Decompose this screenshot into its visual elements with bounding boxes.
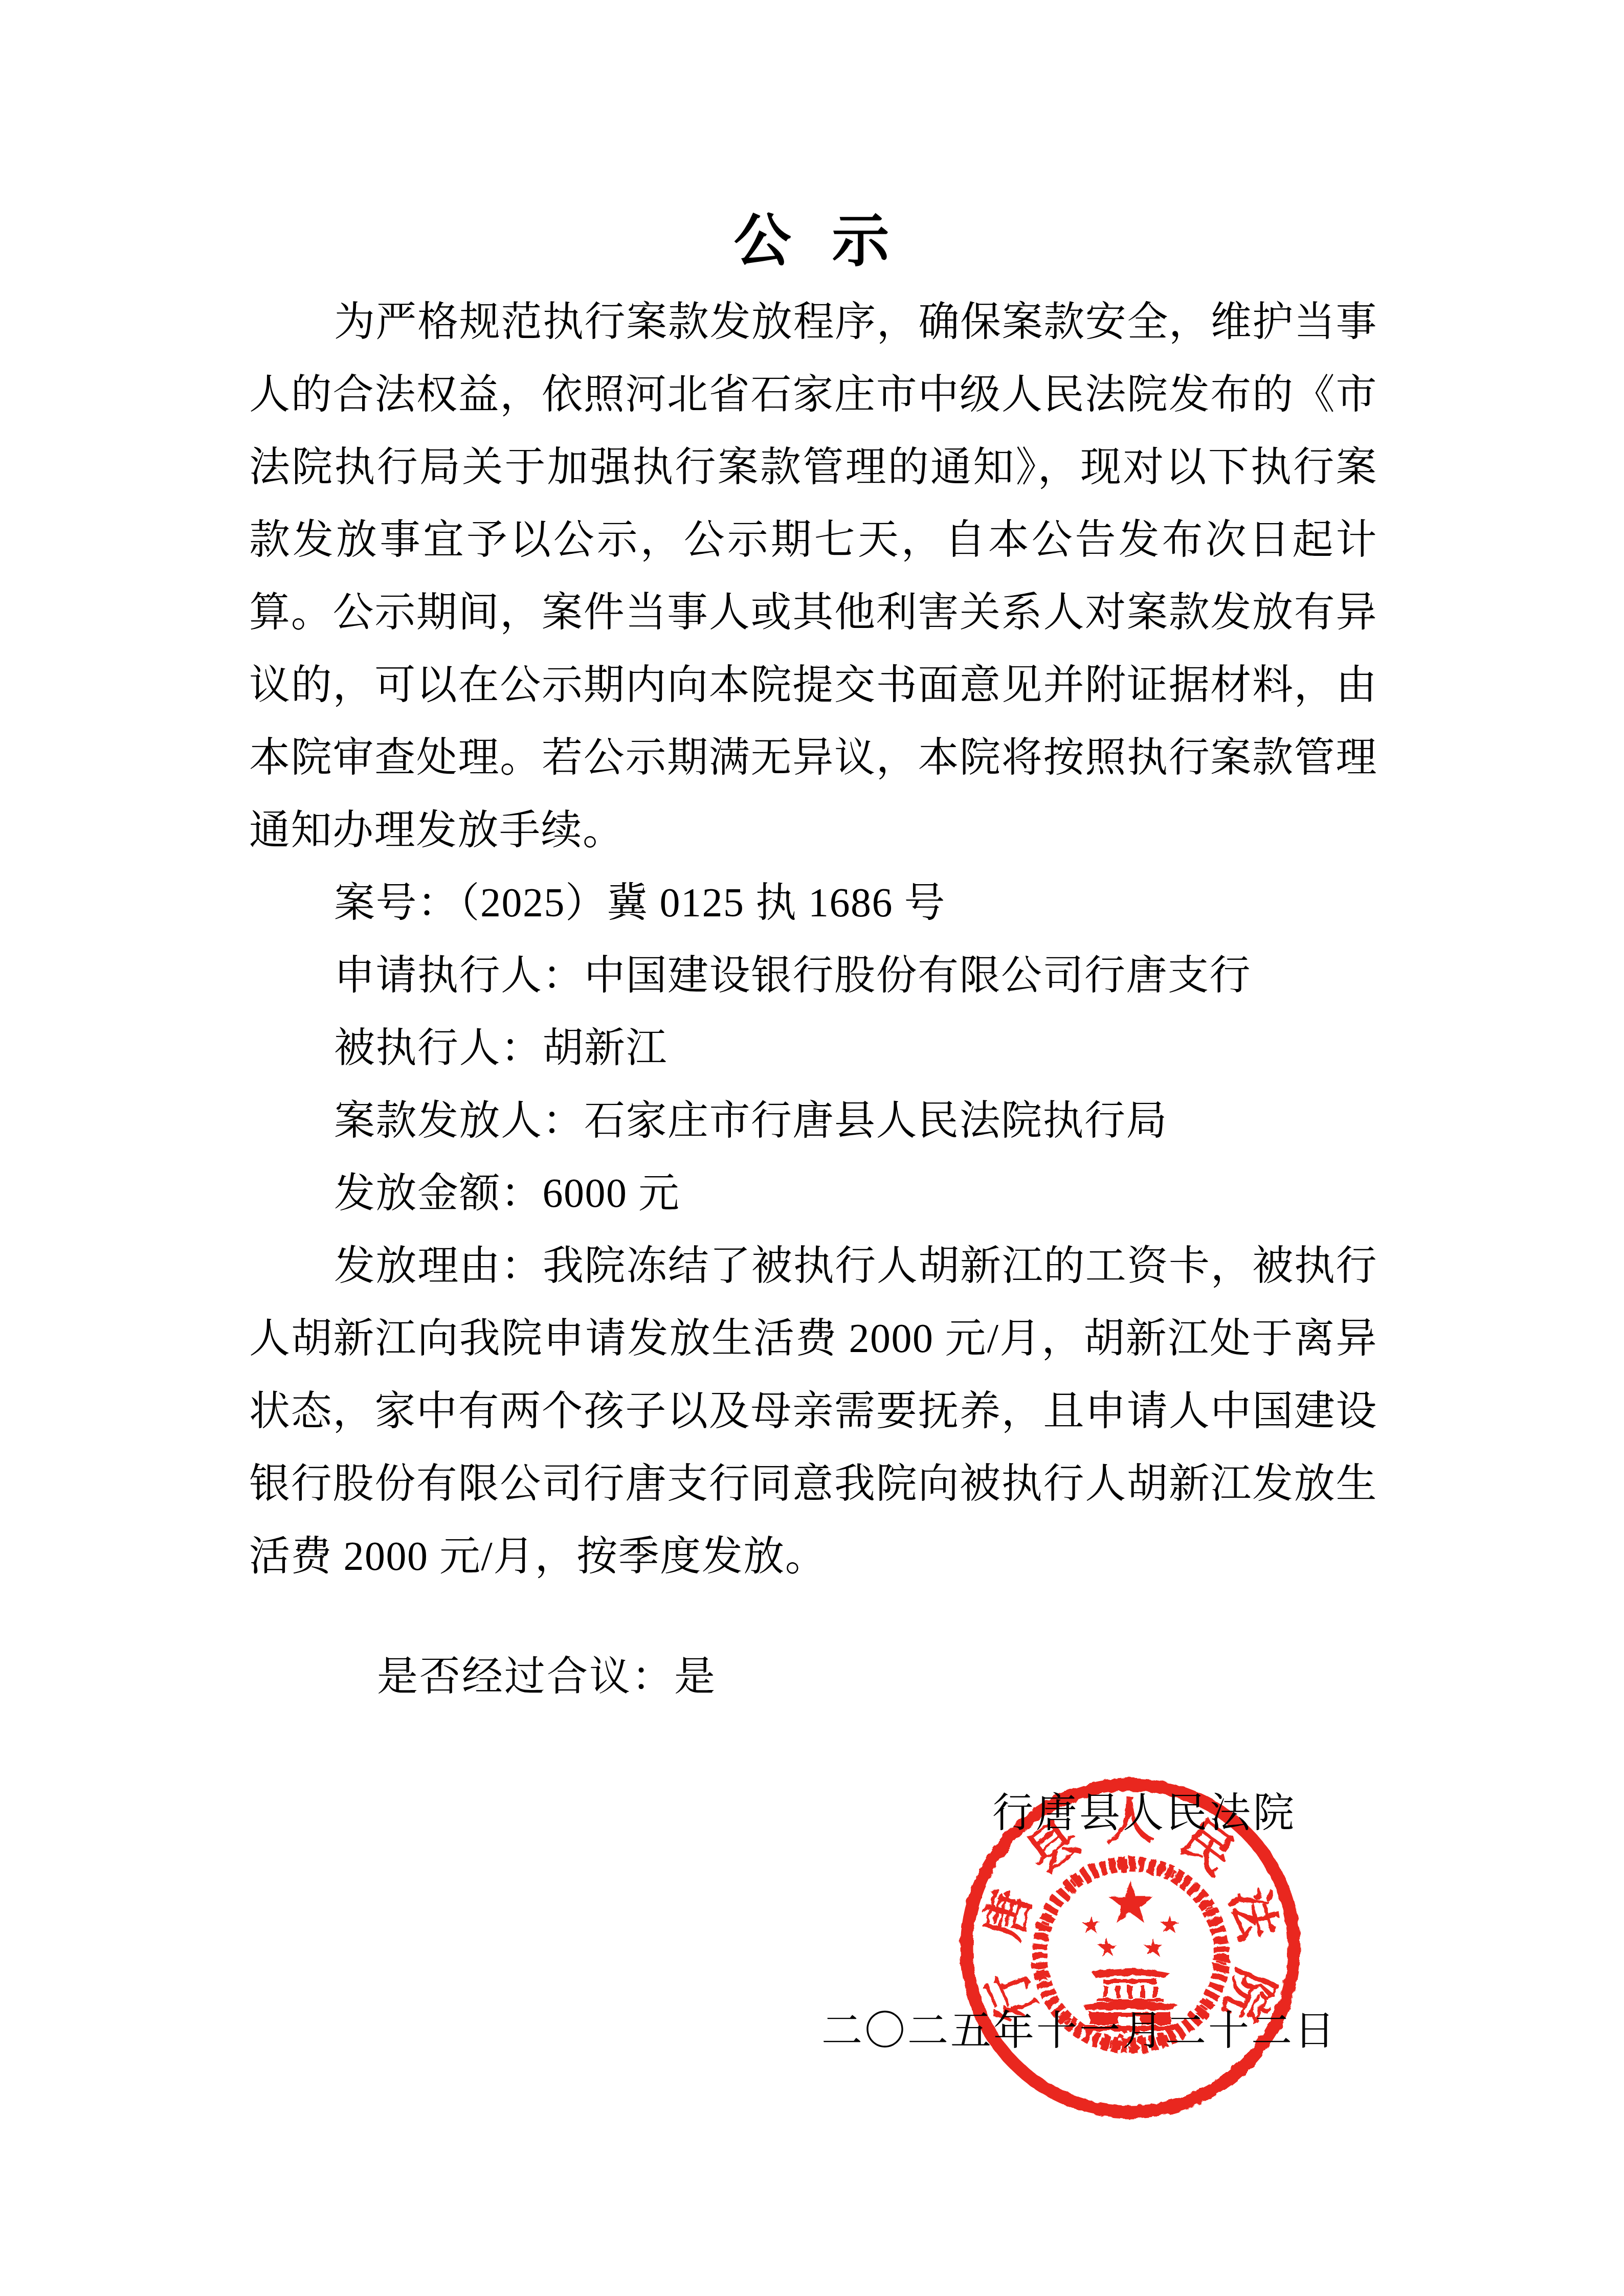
notice-page: 公 示 为严格规范执行案款发放程序，确保案款安全，维护当事人的合法权益，依照河北… [0,0,1624,2296]
deliberation-line: 是否经过合议：是 [377,1640,717,1713]
court-signature: 行唐县人民法院 [992,1788,1297,1839]
reason-paragraph: 发放理由：我院冻结了被执行人胡新江的工资卡，被执行人胡新江向我院申请发放生活费 … [249,1230,1377,1593]
respondent-line: 被执行人：胡新江 [249,1012,1377,1085]
amount-line: 发放金额：6000 元 [249,1157,1377,1230]
seal-ring-char: 法 [1219,1883,1285,1947]
applicant-line: 申请执行人：中国建设银行股份有限公司行唐支行 [249,939,1377,1012]
disburser-line: 案款发放人：石家庄市行唐县人民法院执行局 [249,1085,1377,1157]
small-star-icon [1161,1916,1179,1933]
small-star-icon [1144,1939,1163,1956]
small-star-icon [1082,1916,1100,1933]
big-star-icon [1108,1880,1153,1923]
notice-body: 为严格规范执行案款发放程序，确保案款安全，维护当事人的合法权益，依照河北省石家庄… [249,286,1377,1593]
notice-date: 二〇二五年十一月二十二日 [821,2006,1337,2057]
paragraph-intro: 为严格规范执行案款发放程序，确保案款安全，维护当事人的合法权益，依照河北省石家庄… [249,286,1377,867]
case-number-line: 案号：（2025）冀 0125 执 1686 号 [249,867,1377,939]
small-star-icon [1098,1939,1117,1956]
page-title: 公 示 [0,204,1624,280]
seal-ring-char: 唐 [975,1883,1042,1946]
